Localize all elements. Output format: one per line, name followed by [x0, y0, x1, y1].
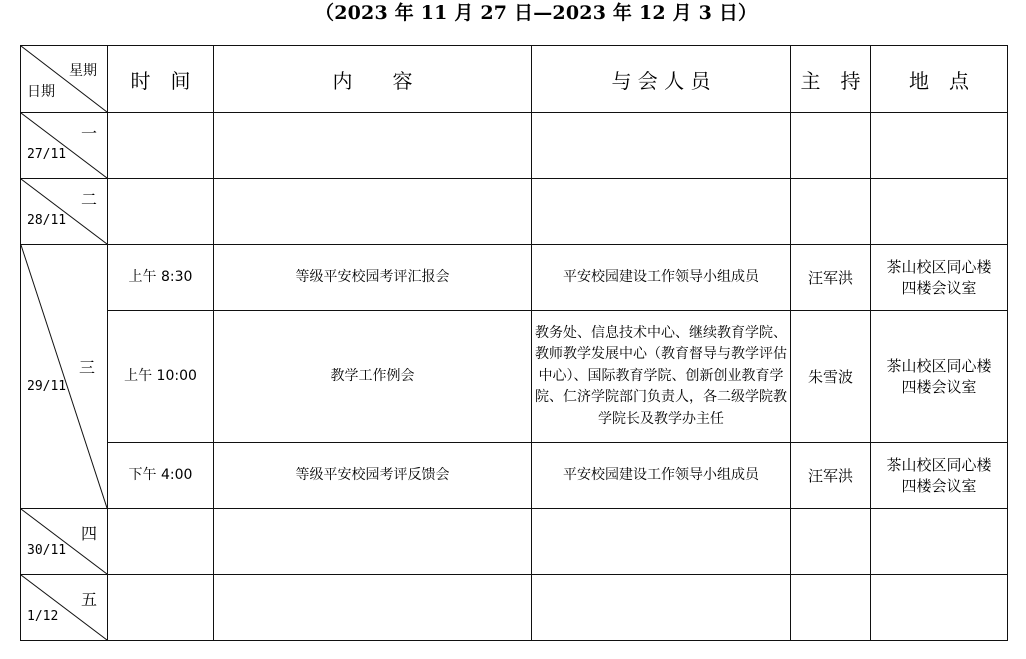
day-cell-friday: 五 1/12 [21, 575, 108, 641]
weekday-label: 五 [81, 587, 97, 610]
location-line-2: 四楼会议室 [871, 278, 1007, 299]
location-cell: 茶山校区同心楼 四楼会议室 [871, 443, 1008, 509]
time-cell [108, 113, 214, 179]
location-cell [871, 575, 1008, 641]
date-label: 27/11 [27, 147, 66, 162]
header-corner-cell: 星期 日期 [21, 46, 108, 113]
participants-cell: 平安校园建设工作领导小组成员 [532, 245, 791, 311]
header-row: 星期 日期 时 间 内 容 与 会 人 员 主 持 地 点 [21, 46, 1008, 113]
content-cell [214, 179, 532, 245]
location-line-1: 茶山校区同心楼 [871, 257, 1007, 278]
date-label: 28/11 [27, 213, 66, 228]
date-label: 30/11 [27, 543, 66, 558]
participants-cell [532, 179, 791, 245]
day-row-thursday: 四 30/11 [21, 509, 1008, 575]
host-cell [791, 509, 871, 575]
location-line-2: 四楼会议室 [871, 377, 1007, 398]
time-cell: 上午 10:00 [108, 311, 214, 443]
day-cell-wednesday: 三 29/11 [21, 245, 108, 509]
day-cell-tuesday: 二 28/11 [21, 179, 108, 245]
day-row-monday: 一 27/11 [21, 113, 1008, 179]
host-cell [791, 113, 871, 179]
content-cell: 等级平安校园考评汇报会 [214, 245, 532, 311]
time-cell [108, 179, 214, 245]
location-cell: 茶山校区同心楼 四楼会议室 [871, 245, 1008, 311]
weekday-label: 三 [79, 355, 95, 378]
content-cell: 等级平安校园考评反馈会 [214, 443, 532, 509]
meeting-row: 三 29/11 上午 8:30 等级平安校园考评汇报会 平安校园建设工作领导小组… [21, 245, 1008, 311]
participants-cell: 教务处、信息技术中心、继续教育学院、教师教学发展中心（教育督导与教学评估中心）、… [532, 311, 791, 443]
header-host: 主 持 [791, 46, 871, 113]
day-row-tuesday: 二 28/11 [21, 179, 1008, 245]
schedule-date-range-title: （2023 年 11 月 27 日—2023 年 12 月 3 日） [0, 0, 1026, 30]
participants-cell [532, 575, 791, 641]
day-cell-monday: 一 27/11 [21, 113, 108, 179]
location-cell [871, 113, 1008, 179]
header-weekday-label: 星期 [69, 60, 97, 80]
day-row-friday: 五 1/12 [21, 575, 1008, 641]
weekday-label: 四 [81, 521, 97, 544]
host-cell: 汪军洪 [791, 443, 871, 509]
header-content: 内 容 [214, 46, 532, 113]
participants-cell [532, 113, 791, 179]
host-cell [791, 575, 871, 641]
location-cell [871, 509, 1008, 575]
header-date-label: 日期 [27, 81, 55, 101]
content-cell [214, 113, 532, 179]
meeting-row: 下午 4:00 等级平安校园考评反馈会 平安校园建设工作领导小组成员 汪军洪 茶… [21, 443, 1008, 509]
time-cell [108, 509, 214, 575]
participants-cell [532, 509, 791, 575]
location-line-2: 四楼会议室 [871, 476, 1007, 497]
meeting-row: 上午 10:00 教学工作例会 教务处、信息技术中心、继续教育学院、教师教学发展… [21, 311, 1008, 443]
time-cell [108, 575, 214, 641]
location-cell: 茶山校区同心楼 四楼会议室 [871, 311, 1008, 443]
time-cell: 上午 8:30 [108, 245, 214, 311]
content-cell [214, 575, 532, 641]
host-cell: 汪军洪 [791, 245, 871, 311]
host-cell [791, 179, 871, 245]
date-label: 1/12 [27, 609, 58, 624]
location-line-1: 茶山校区同心楼 [871, 455, 1007, 476]
title-text: （2023 年 11 月 27 日—2023 年 12 月 3 日） [315, 0, 757, 26]
host-cell: 朱雪波 [791, 311, 871, 443]
participants-cell: 平安校园建设工作领导小组成员 [532, 443, 791, 509]
location-cell [871, 179, 1008, 245]
content-cell [214, 509, 532, 575]
meeting-schedule-table: 星期 日期 时 间 内 容 与 会 人 员 主 持 地 点 一 27/11 [20, 45, 1008, 641]
weekday-label: 二 [81, 187, 97, 210]
content-cell: 教学工作例会 [214, 311, 532, 443]
header-participants: 与 会 人 员 [532, 46, 791, 113]
weekday-label: 一 [81, 121, 97, 144]
location-line-1: 茶山校区同心楼 [871, 356, 1007, 377]
day-cell-thursday: 四 30/11 [21, 509, 108, 575]
header-location: 地 点 [871, 46, 1008, 113]
time-cell: 下午 4:00 [108, 443, 214, 509]
header-time: 时 间 [108, 46, 214, 113]
date-label: 29/11 [27, 379, 66, 394]
